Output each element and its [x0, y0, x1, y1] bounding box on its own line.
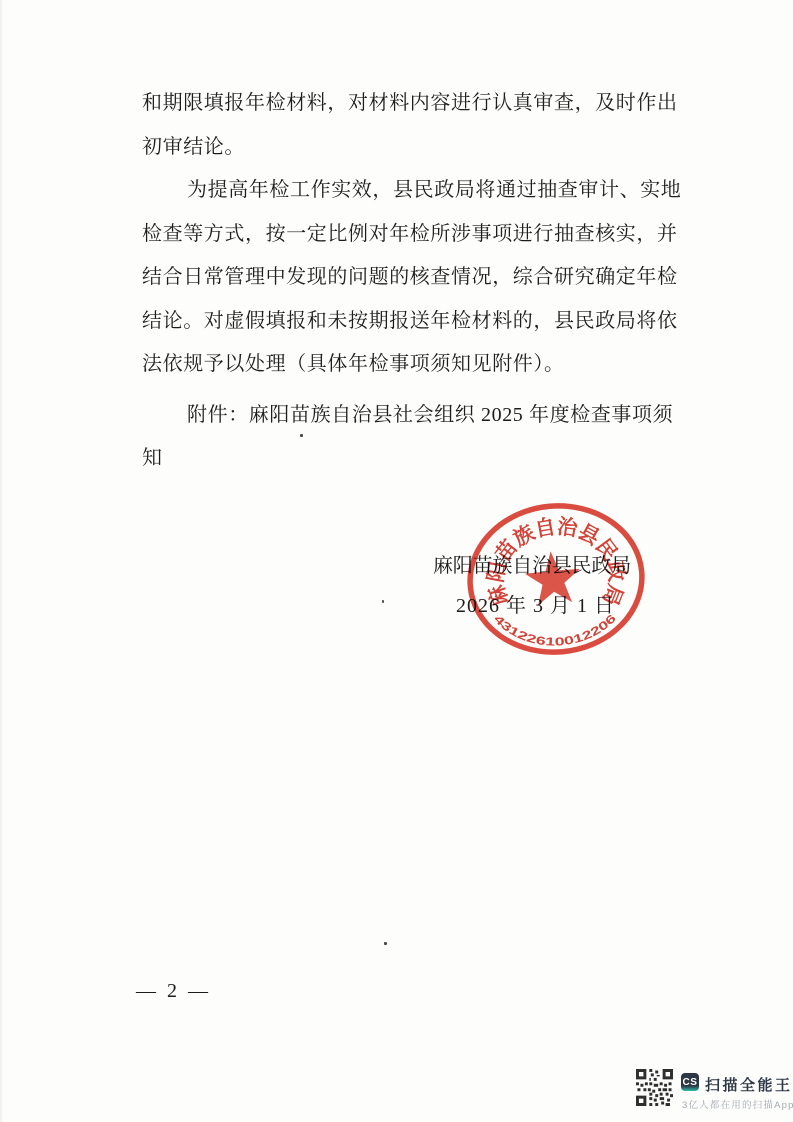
- camscanner-cs-badge-icon: CS: [681, 1073, 699, 1091]
- page-number: — 2 —: [136, 980, 211, 1003]
- camscanner-watermark: CS 扫描全能王 3亿人都在用的扫描App: [636, 1068, 786, 1114]
- signature-date: 2026 年 3 月 1 日: [456, 589, 615, 618]
- body-text-line: 知: [142, 437, 687, 481]
- ink-speck: [300, 434, 303, 437]
- signature-organization: 麻阳苗族自治县民政局: [433, 549, 631, 578]
- scan-page-edge: [0, 0, 3, 1122]
- body-text-line: 初审结论。: [142, 126, 687, 170]
- ink-speck: [384, 942, 387, 945]
- body-text-line: 和期限填报年检材料，对材料内容进行认真审查，及时作出: [142, 82, 687, 126]
- ink-speck: [382, 600, 384, 603]
- body-text-line: 检查等方式，按一定比例对年检所涉事项进行抽查核实，并: [142, 213, 687, 257]
- body-text-line: 为提高年检工作实效，县民政局将通过抽查审计、实地: [142, 169, 687, 213]
- body-text-line: 法依规予以处理（具体年检事项须知见附件）。: [142, 343, 687, 387]
- body-text-line: 结论。对虚假填报和未按期报送年检材料的，县民政局将依: [142, 300, 687, 344]
- body-text-line: 结合日常管理中发现的问题的核查情况，综合研究确定年检: [142, 256, 687, 300]
- paragraph: 为提高年检工作实效，县民政局将通过抽查审计、实地检查等方式，按一定比例对年检所涉…: [142, 169, 687, 387]
- paragraph: 和期限填报年检材料，对材料内容进行认真审查，及时作出初审结论。: [142, 82, 687, 169]
- seal-ring: [464, 499, 648, 659]
- camscanner-app-name: 扫描全能王: [705, 1074, 793, 1095]
- qr-code-icon: [636, 1069, 673, 1106]
- document-body-text: 和期限填报年检材料，对材料内容进行认真审查，及时作出初审结论。为提高年检工作实效…: [142, 82, 687, 481]
- paragraph: 附件：麻阳苗族自治县社会组织 2025 年度检查事项须知: [142, 394, 687, 481]
- body-text-line: 附件：麻阳苗族自治县社会组织 2025 年度检查事项须: [142, 394, 687, 438]
- scanned-document-page: { "document": { "paragraphs": [ { "gap_b…: [0, 0, 793, 1122]
- camscanner-tagline: 3亿人都在用的扫描App: [682, 1097, 793, 1111]
